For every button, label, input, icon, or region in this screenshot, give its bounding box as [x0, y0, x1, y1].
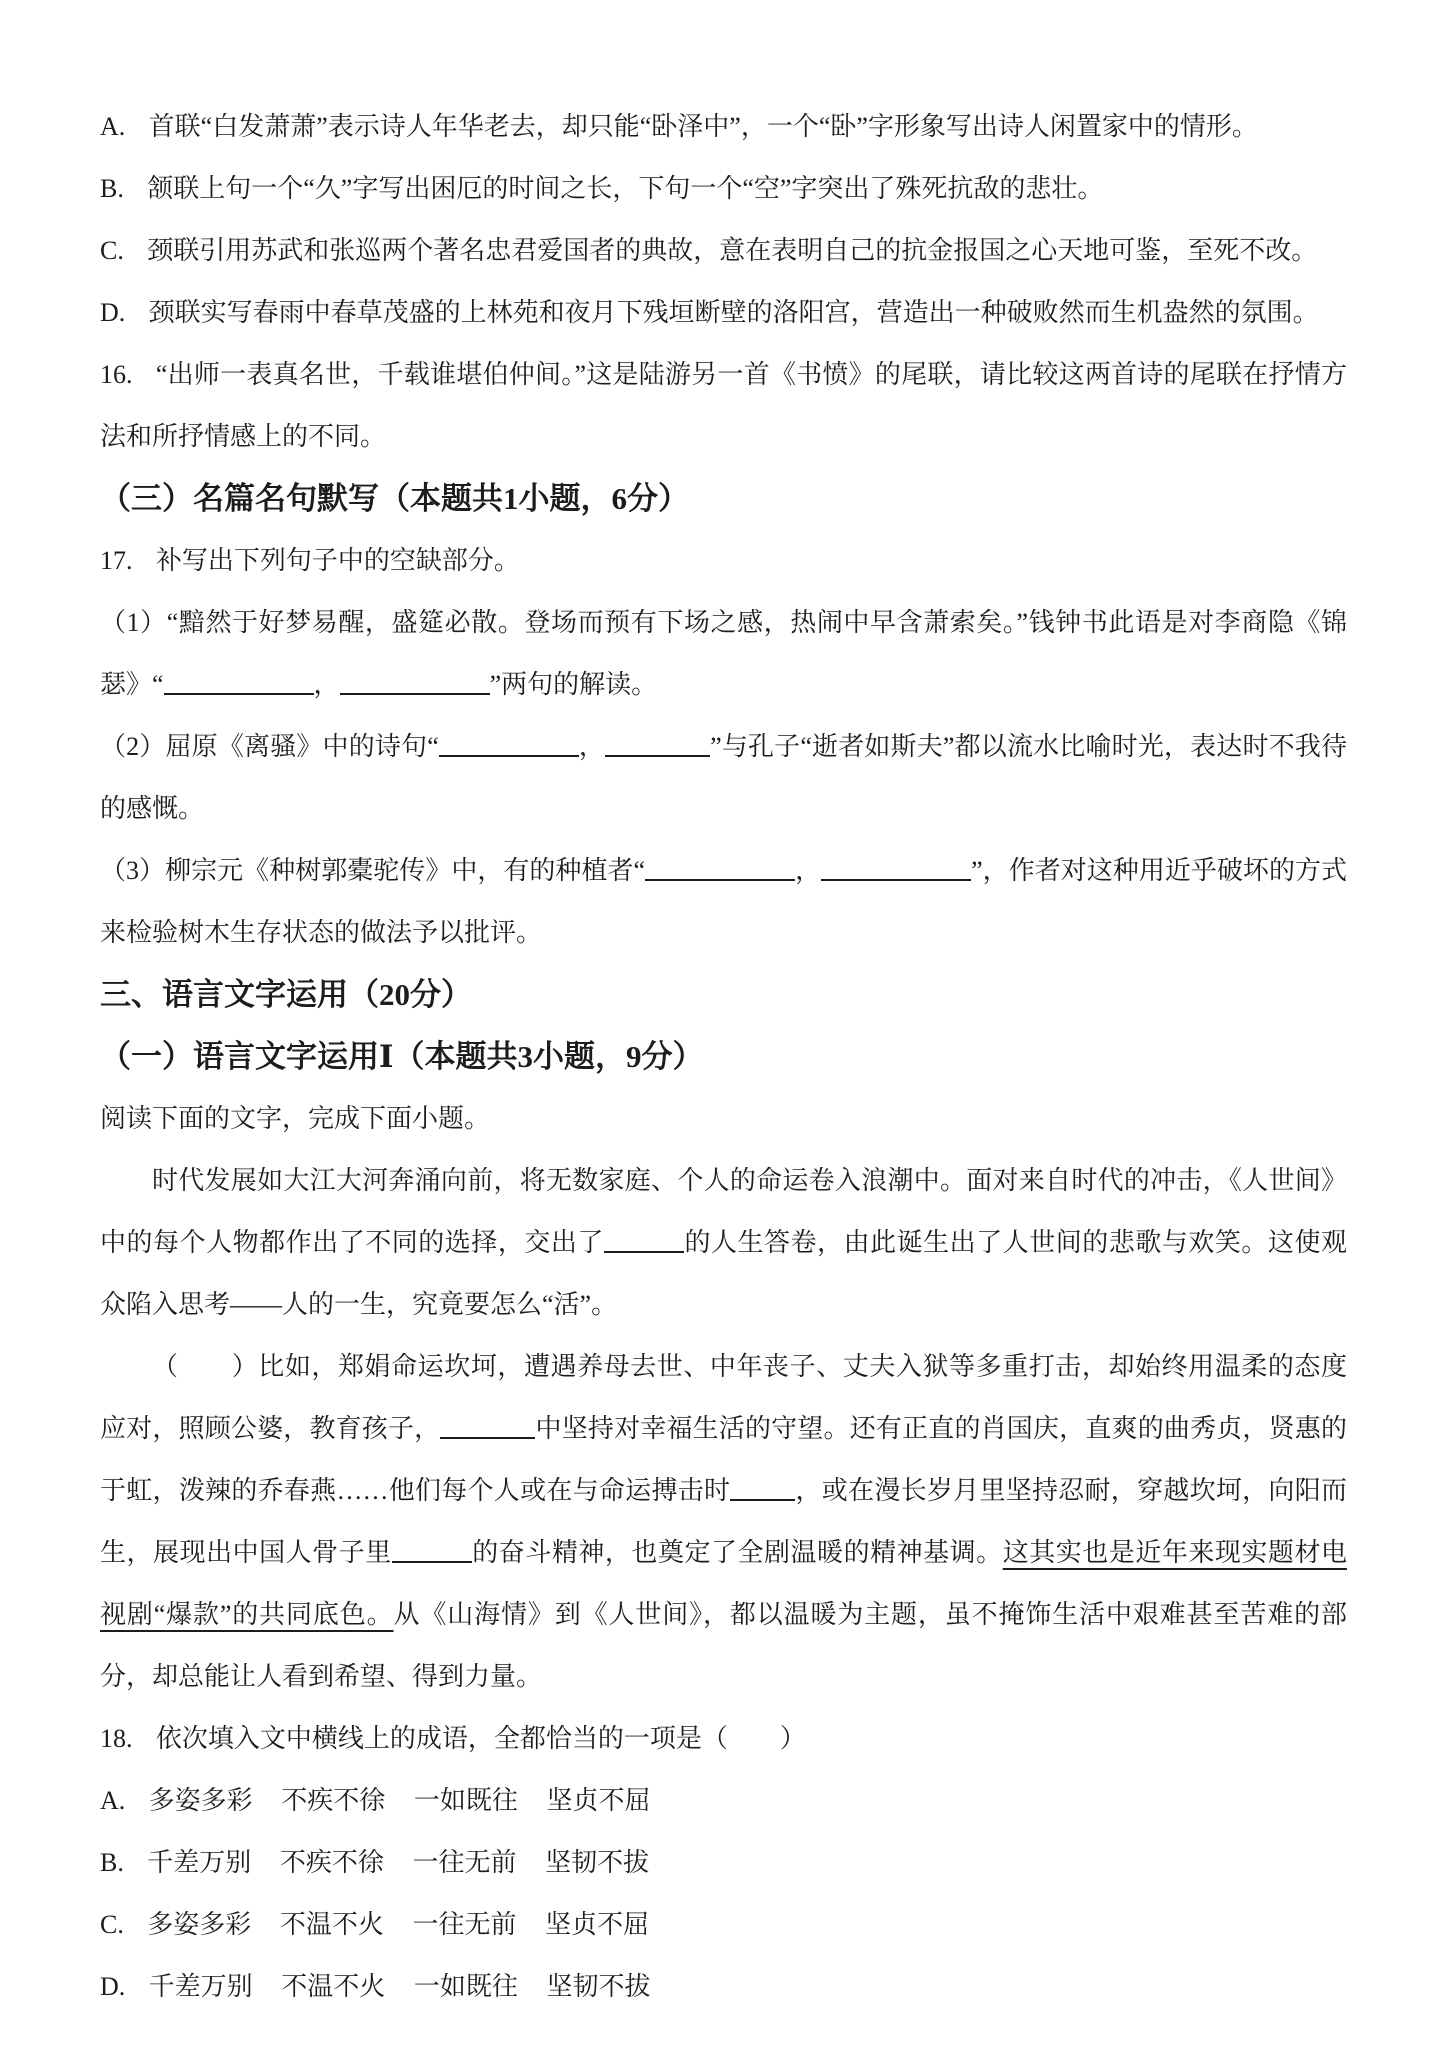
question-number: 16.: [100, 360, 133, 389]
blank-line: [645, 857, 795, 881]
item-comma: ，: [314, 670, 340, 699]
blank-line: [730, 1477, 795, 1501]
question-16: 16.“出师一表真名世，千载谁堪伯仲间。”这是陆游另一首《书愤》的尾联，请比较这…: [100, 344, 1347, 468]
idiom: 多姿多彩: [147, 1910, 251, 1939]
idiom: 不疾不徐: [281, 1786, 385, 1815]
option-label: C.: [100, 1910, 124, 1939]
item-comma: ，: [579, 732, 605, 761]
idiom: 不温不火: [281, 1972, 385, 2001]
option-text: 首联“白发萧萧”表示诗人年华老去，却只能“卧泽中”，一个“卧”字形象写出诗人闲置…: [149, 112, 1258, 141]
question-number: 18.: [100, 1724, 133, 1753]
option-label: B.: [100, 174, 124, 203]
idiom: 坚贞不屈: [547, 1786, 651, 1815]
blank-line: [392, 1539, 472, 1563]
option-label: A.: [100, 1786, 125, 1815]
idiom: 不温不火: [280, 1910, 384, 1939]
blank-line: [605, 733, 710, 757]
question-number: 17.: [100, 546, 133, 575]
idiom: 千差万别: [149, 1972, 253, 2001]
item-text: （2）屈原《离骚》中的诗句“: [100, 732, 439, 761]
q18-option-a: A.多姿多彩不疾不徐一如既往坚贞不屈: [100, 1770, 1347, 1832]
question-18: 18.依次填入文中横线上的成语，全都恰当的一项是（ ）: [100, 1708, 1347, 1770]
question-17-intro: 17.补写出下列句子中的空缺部分。: [100, 530, 1347, 592]
question-text: 补写出下列句子中的空缺部分。: [156, 546, 520, 575]
blank-line: [821, 857, 971, 881]
option-label: B.: [100, 1848, 124, 1877]
section-1-header: （一）语言文字运用Ⅰ（本题共3小题，9分）: [100, 1026, 1347, 1088]
idiom: 千差万别: [147, 1848, 251, 1877]
q18-option-d: D.千差万别不温不火一如既往坚韧不拔: [100, 1956, 1347, 2018]
idiom: 一如既往: [414, 1972, 518, 2001]
q15-option-a: A.首联“白发萧萧”表示诗人年华老去，却只能“卧泽中”，一个“卧”字形象写出诗人…: [100, 96, 1347, 158]
q17-item-1: （1）“黯然于好梦易醒，盛筵必散。登场而预有下场之感，热闹中早含萧索矣。”钱钟书…: [100, 592, 1347, 716]
q18-option-b: B.千差万别不疾不徐一往无前坚韧不拔: [100, 1832, 1347, 1894]
option-label: A.: [100, 112, 125, 141]
passage-paragraph-2: （ ）比如，郑娟命运坎坷，遭遇养母去世、中年丧子、丈夫入狱等多重打击，却始终用温…: [100, 1336, 1347, 1708]
blank-line: [604, 1229, 684, 1253]
idiom: 多姿多彩: [149, 1786, 253, 1815]
q15-option-c: C.颈联引用苏武和张巡两个著名忠君爱国者的典故，意在表明自己的抗金报国之心天地可…: [100, 220, 1347, 282]
idiom: 一如既往: [414, 1786, 518, 1815]
passage-text: 的奋斗精神，也奠定了全剧温暖的精神基调。: [472, 1538, 1003, 1567]
blank-line: [164, 671, 314, 695]
passage-paragraph-1: 时代发展如大江大河奔涌向前，将无数家庭、个人的命运卷入浪潮中。面对来自时代的冲击…: [100, 1150, 1347, 1336]
idiom: 一往无前: [412, 1848, 516, 1877]
idiom: 坚韧不拔: [545, 1848, 649, 1877]
q17-item-3: （3）柳宗元《种树郭橐驼传》中，有的种植者“，”，作者对这种用近乎破坏的方式来检…: [100, 840, 1347, 964]
blank-line: [439, 733, 579, 757]
q15-option-d: D.颈联实写春雨中春草茂盛的上林苑和夜月下残垣断壁的洛阳宫，营造出一种破败然而生…: [100, 282, 1347, 344]
exam-page: A.首联“白发萧萧”表示诗人年华老去，却只能“卧泽中”，一个“卧”字形象写出诗人…: [0, 0, 1447, 2048]
item-text: （3）柳宗元《种树郭橐驼传》中，有的种植者“: [100, 856, 645, 885]
item-comma: ，: [795, 856, 821, 885]
question-text: “出师一表真名世，千载谁堪伯仲间。”这是陆游另一首《书愤》的尾联，请比较这两首诗…: [100, 360, 1347, 451]
blank-line: [340, 671, 490, 695]
option-text: 颈联实写春雨中春草茂盛的上林苑和夜月下残垣断壁的洛阳宫，营造出一种破败然而生机盎…: [149, 298, 1319, 327]
option-label: C.: [100, 236, 124, 265]
option-text: 颔联上句一个“久”字写出困厄的时间之长，下句一个“空”字突出了殊死抗敌的悲壮。: [147, 174, 1103, 203]
q17-item-2: （2）屈原《离骚》中的诗句“，”与孔子“逝者如斯夫”都以流水比喻时光，表达时不我…: [100, 716, 1347, 840]
question-text: 依次填入文中横线上的成语，全都恰当的一项是（ ）: [156, 1724, 806, 1753]
option-label: D.: [100, 298, 125, 327]
idiom: 一往无前: [412, 1910, 516, 1939]
idiom: 坚韧不拔: [547, 1972, 651, 2001]
idiom: 坚贞不屈: [545, 1910, 649, 1939]
idiom: 不疾不徐: [280, 1848, 384, 1877]
option-label: D.: [100, 1972, 125, 2001]
q15-option-b: B.颔联上句一个“久”字写出困厄的时间之长，下句一个“空”字突出了殊死抗敌的悲壮…: [100, 158, 1347, 220]
reading-intro: 阅读下面的文字，完成下面小题。: [100, 1088, 1347, 1150]
option-text: 颈联引用苏武和张巡两个著名忠君爱国者的典故，意在表明自己的抗金报国之心天地可鉴，…: [147, 236, 1317, 265]
blank-line: [440, 1415, 535, 1439]
q18-option-c: C.多姿多彩不温不火一往无前坚贞不屈: [100, 1894, 1347, 1956]
section-3-header: （三）名篇名句默写（本题共1小题，6分）: [100, 468, 1347, 530]
item-text: ”两句的解读。: [490, 670, 658, 699]
section-main-header: 三、语言文字运用（20分）: [100, 964, 1347, 1026]
